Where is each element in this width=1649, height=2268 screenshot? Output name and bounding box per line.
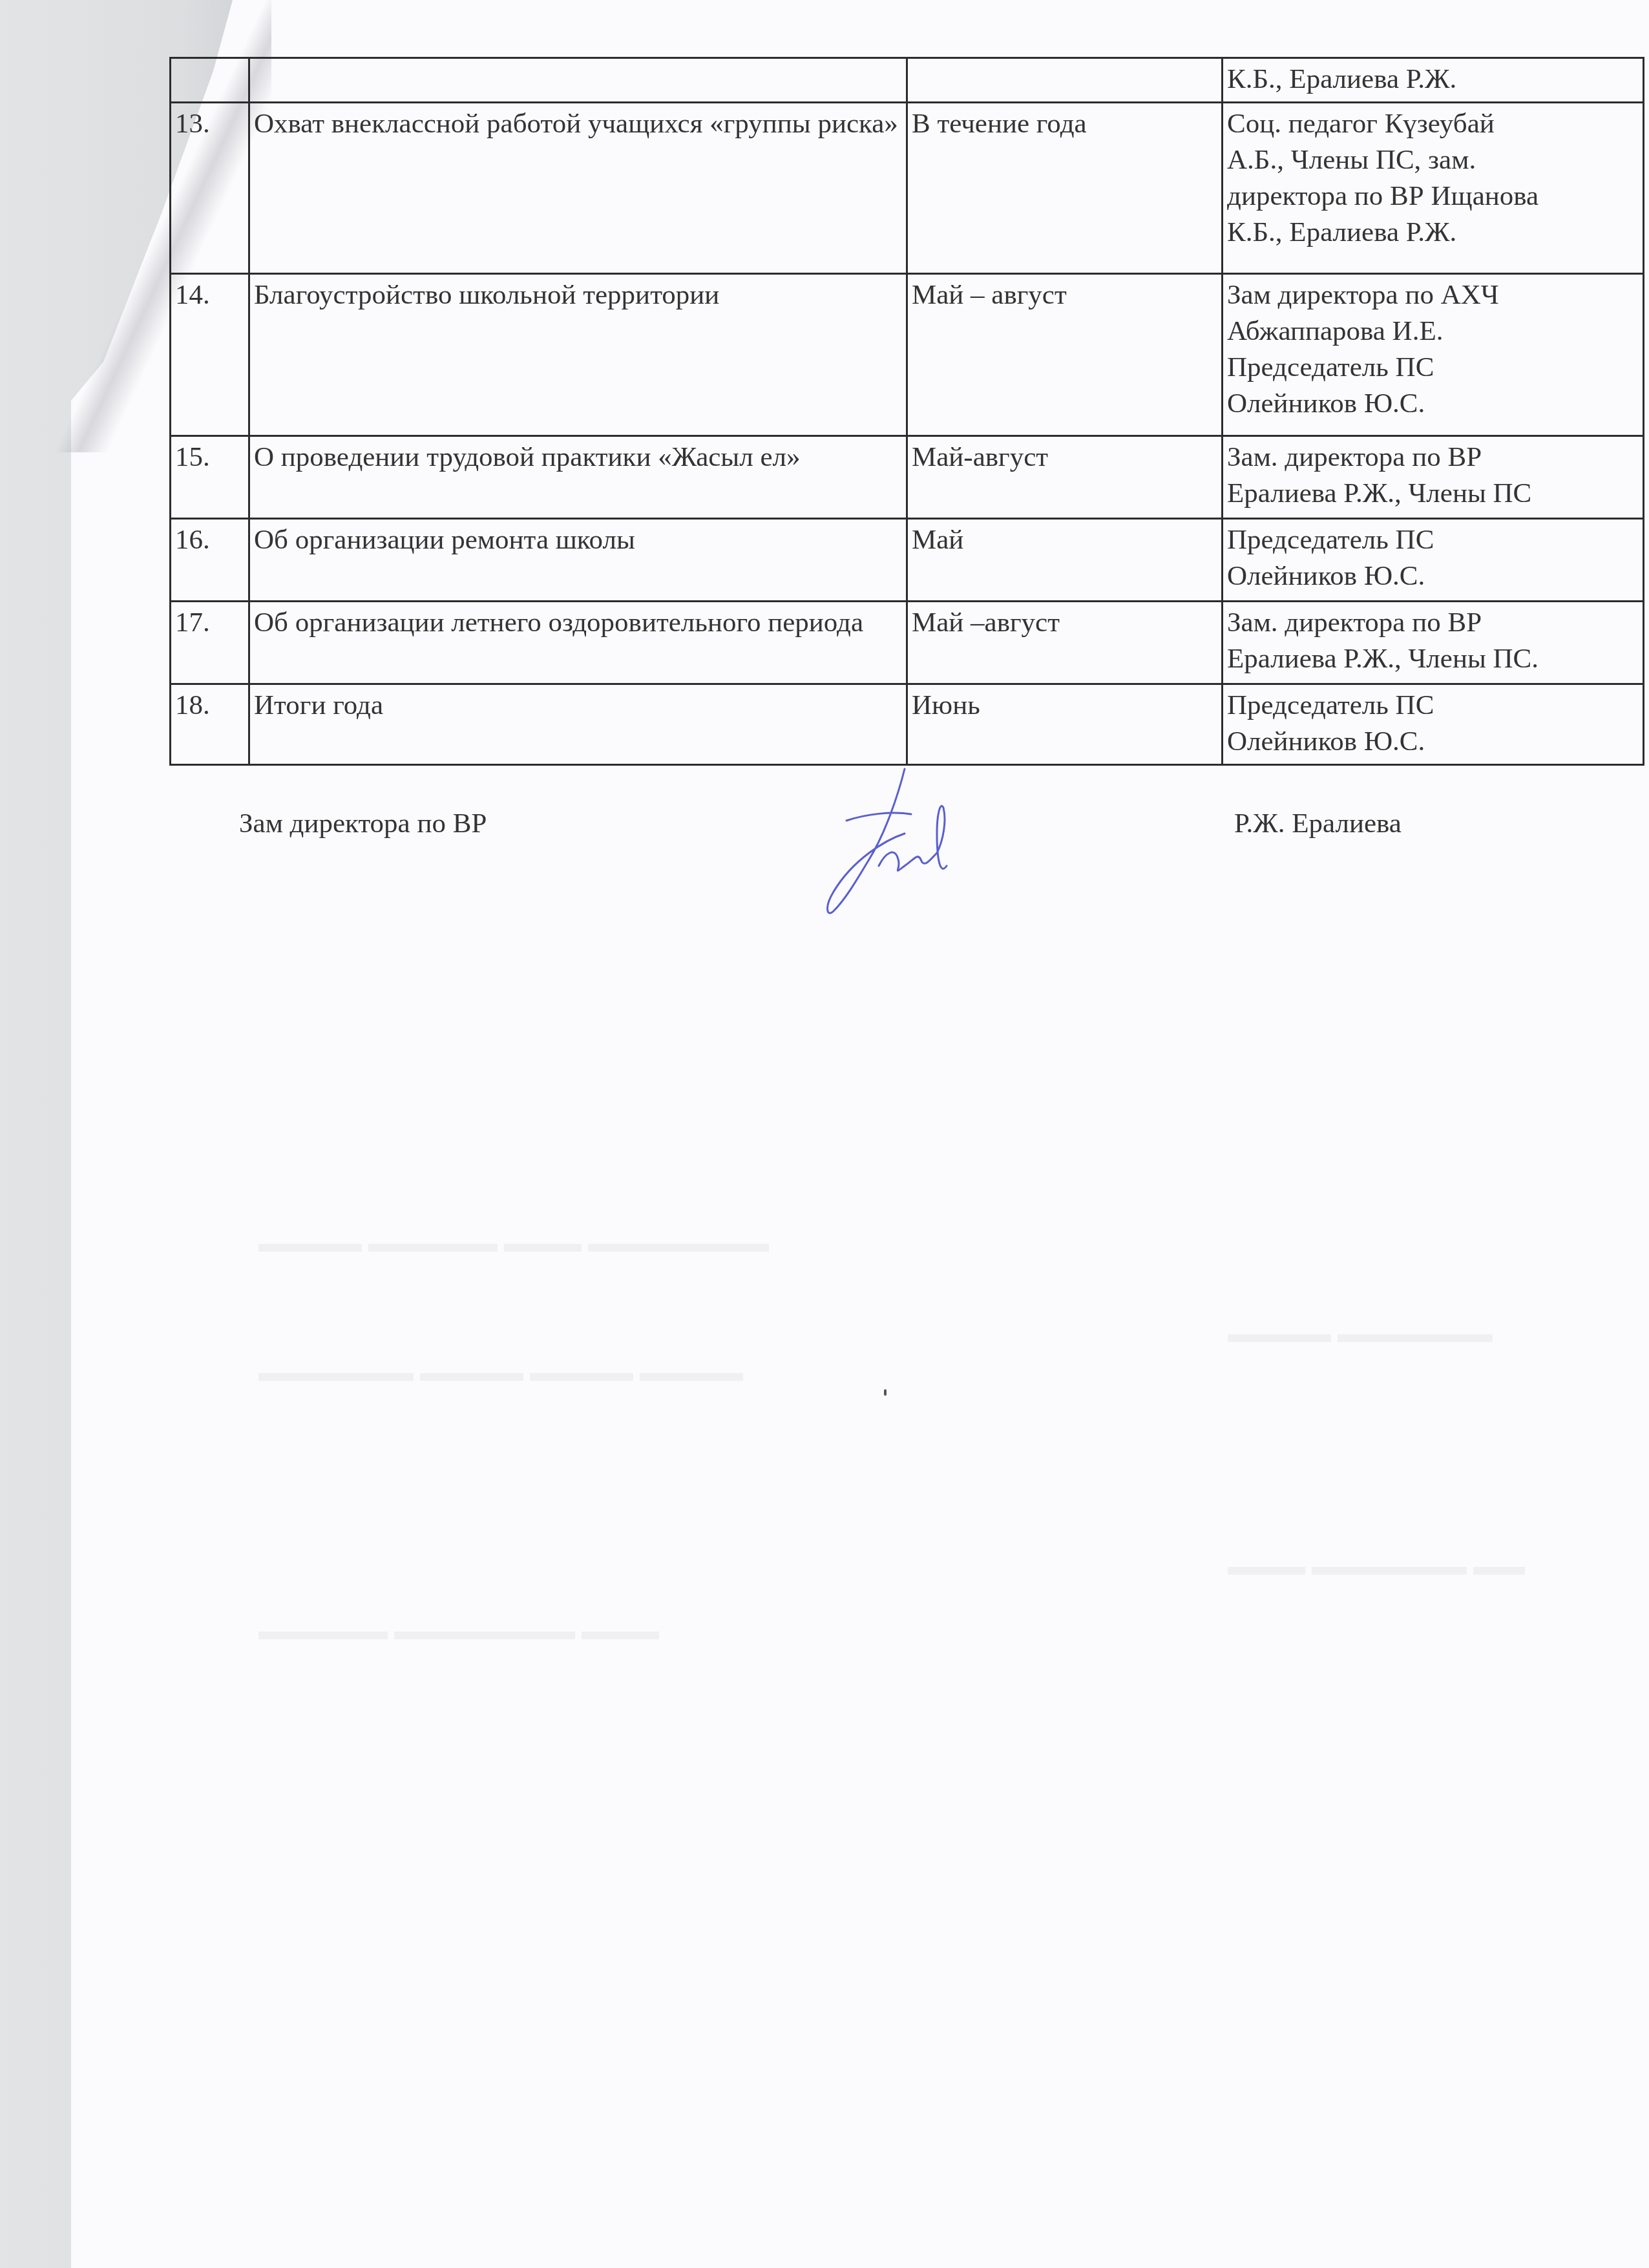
responsible-line: Зам. директора по ВР — [1227, 439, 1637, 476]
cell-event — [249, 58, 907, 103]
responsible-line: Олейников Ю.С. — [1227, 558, 1637, 594]
responsible-line: К.Б., Ералиева Р.Ж. — [1227, 61, 1637, 98]
cell-event: Благоустройство школьной территории — [249, 274, 907, 436]
bleed-through-text: ▬▬▬▬▬▬ ▬▬▬▬ ▬▬▬▬ ▬▬▬▬ — [258, 1357, 743, 1387]
cell-event: Итоги года — [249, 684, 907, 765]
table-row: 18. Итоги года Июнь Председатель ПС Олей… — [171, 684, 1644, 765]
cell-responsible: Зам. директора по ВР Ералиева Р.Ж., Член… — [1223, 436, 1644, 519]
cell-number: 13. — [171, 103, 249, 274]
responsible-line: Ералиева Р.Ж., Члены ПС. — [1227, 641, 1637, 677]
responsible-line: Ералиева Р.Ж., Члены ПС — [1227, 476, 1637, 512]
cell-number: 14. — [171, 274, 249, 436]
responsible-line: Олейников Ю.С. — [1227, 386, 1637, 422]
cell-responsible: К.Б., Ералиева Р.Ж. — [1223, 58, 1644, 103]
cell-event: Об организации летнего оздоровительного … — [249, 602, 907, 684]
table-row: 14. Благоустройство школьной территории … — [171, 274, 1644, 436]
cell-responsible: Председатель ПС Олейников Ю.С. — [1223, 684, 1644, 765]
cell-number — [171, 58, 249, 103]
cell-date: Май — [907, 519, 1223, 602]
cell-date — [907, 58, 1223, 103]
cell-number: 18. — [171, 684, 249, 765]
responsible-line: Зам. директора по ВР — [1227, 605, 1637, 641]
responsible-line: А.Б., Члены ПС, зам. — [1227, 142, 1637, 178]
cell-date: Май-август — [907, 436, 1223, 519]
cell-responsible: Зам директора по АХЧ Абжаппарова И.Е. Пр… — [1223, 274, 1644, 436]
table-row: 15. О проведении трудовой практики «Жасы… — [171, 436, 1644, 519]
cell-number: 17. — [171, 602, 249, 684]
bleed-through-text: ▬▬▬▬ ▬▬▬▬▬ ▬▬▬ ▬▬▬▬▬▬▬ — [258, 1228, 769, 1258]
responsible-line: Олейников Ю.С. — [1227, 724, 1637, 760]
signature-block: Зам директора по ВР Р.Ж. Ералиева — [239, 808, 1596, 924]
cell-date: Июнь — [907, 684, 1223, 765]
responsible-line: Абжаппарова И.Е. — [1227, 313, 1637, 350]
plan-table: К.Б., Ералиева Р.Ж. 13. Охват внеклассно… — [169, 57, 1644, 766]
table-row: 13. Охват внеклассной работой учащихся «… — [171, 103, 1644, 274]
cell-date: В течение года — [907, 103, 1223, 274]
signatory-role: Зам директора по ВР — [239, 808, 487, 839]
cell-event: Охват внеклассной работой учащихся «груп… — [249, 103, 907, 274]
responsible-line: Председатель ПС — [1227, 522, 1637, 558]
cell-responsible: Председатель ПС Олейников Ю.С. — [1223, 519, 1644, 602]
handwritten-signature-icon — [808, 762, 976, 918]
cell-date: Май – август — [907, 274, 1223, 436]
responsible-line: Председатель ПС — [1227, 350, 1637, 386]
table-row: 17. Об организации летнего оздоровительн… — [171, 602, 1644, 684]
cell-event: Об организации ремонта школы — [249, 519, 907, 602]
cell-responsible: Зам. директора по ВР Ералиева Р.Ж., Член… — [1223, 602, 1644, 684]
cell-number: 15. — [171, 436, 249, 519]
responsible-line: Соц. педагог Күзеубай — [1227, 106, 1637, 142]
cell-responsible: Соц. педагог Күзеубай А.Б., Члены ПС, за… — [1223, 103, 1644, 274]
table-row: 16. Об организации ремонта школы Май Пре… — [171, 519, 1644, 602]
bleed-through-text: ▬▬▬▬ ▬▬▬▬▬▬ — [1228, 1318, 1493, 1349]
cell-date: Май –август — [907, 602, 1223, 684]
cell-event: О проведении трудовой практики «Жасыл ел… — [249, 436, 907, 519]
signatory-name: Р.Ж. Ералиева — [1234, 808, 1402, 839]
responsible-line: К.Б., Ералиева Р.Ж. — [1227, 215, 1637, 251]
table-row: К.Б., Ералиева Р.Ж. — [171, 58, 1644, 103]
cell-number: 16. — [171, 519, 249, 602]
responsible-line: Председатель ПС — [1227, 688, 1637, 724]
responsible-line: директора по ВР Ищанова — [1227, 178, 1637, 215]
responsible-line: Зам директора по АХЧ — [1227, 277, 1637, 313]
bleed-through-text: ▬▬▬▬▬ ▬▬▬▬▬▬▬ ▬▬▬ — [258, 1615, 659, 1646]
bleed-through-text: ▬▬▬ ▬▬▬▬▬▬ ▬▬ — [1228, 1551, 1525, 1581]
scanned-page: ▬▬▬▬ ▬▬▬▬▬ ▬▬▬ ▬▬▬▬▬▬▬ ▬▬▬▬▬▬ ▬▬▬▬ ▬▬▬▬ … — [0, 0, 1649, 2268]
scan-speck — [884, 1389, 887, 1396]
